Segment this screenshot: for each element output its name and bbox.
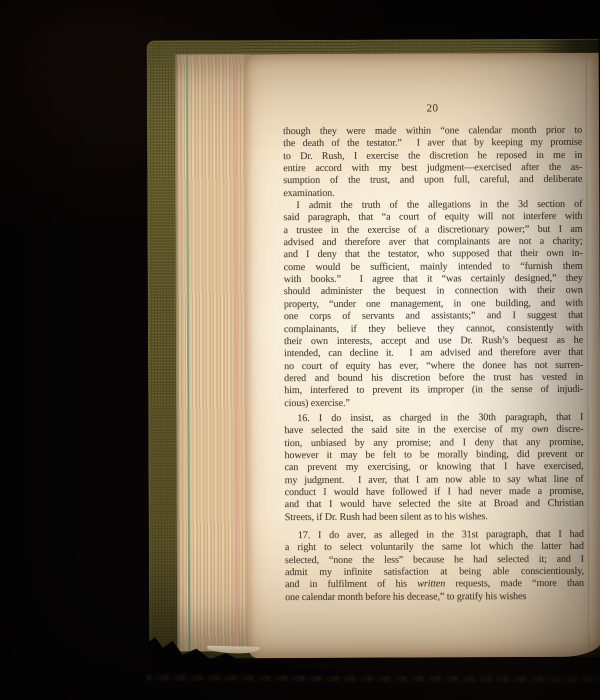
- fore-edge-teal-line: [186, 54, 191, 651]
- bottom-board-edge: [146, 675, 600, 683]
- text-line: have selected the said site in the exerc…: [284, 424, 583, 438]
- text-line: and that I would have selected the site …: [285, 498, 584, 512]
- text-block: 20 though they were made within “one cal…: [283, 102, 584, 604]
- paragraph: 17. I do aver, as alleged in the 31st pa…: [285, 529, 584, 604]
- book-page: 20 though they were made within “one cal…: [245, 53, 600, 659]
- text-line: Streets, if Dr. Rush had been silent as …: [285, 510, 584, 524]
- text-line: the death of the testator.” I aver that …: [283, 137, 582, 151]
- paragraph: I admit the truth of the allegations in …: [283, 199, 583, 410]
- page-crease: [586, 57, 600, 649]
- text-line: said paragraph, that “a court of equity …: [283, 211, 582, 225]
- text-line: a right to select voluntarily the same l…: [285, 541, 584, 555]
- text-line: one calendar month before his decease,” …: [285, 590, 584, 604]
- text-line: intended, can decline it. I am advised a…: [284, 347, 583, 361]
- paragraph: 16. I do insist, as charged in the 30th …: [284, 412, 583, 524]
- book: 20 though they were made within “one cal…: [0, 0, 600, 700]
- page-number: 20: [283, 102, 582, 115]
- text-line: cious) exercise.”: [284, 396, 583, 410]
- paragraph: though they were made within “one calend…: [283, 125, 582, 200]
- text-line: him, interfered to prevent its improper …: [284, 384, 583, 398]
- text-line: complainants, if they believe they canno…: [284, 322, 583, 336]
- text-line: and in fulfilment of his written request…: [285, 578, 584, 592]
- photo-background: 20 though they were made within “one cal…: [0, 0, 600, 700]
- text-line: sumption of the trust, and upon full, ca…: [283, 174, 582, 188]
- text-line: one corps of servants and assistants;” a…: [284, 310, 583, 324]
- page-fore-edges: [175, 54, 254, 651]
- text-line: should administer the bequest in connect…: [284, 285, 583, 299]
- fore-edge-pink-line: [234, 54, 239, 651]
- text-line: and I deny that the testator, who suppos…: [284, 248, 583, 262]
- text-line: no court of equity has ever, “where the …: [284, 359, 583, 373]
- text-line: can prevent my exercising, or knowing th…: [284, 461, 583, 475]
